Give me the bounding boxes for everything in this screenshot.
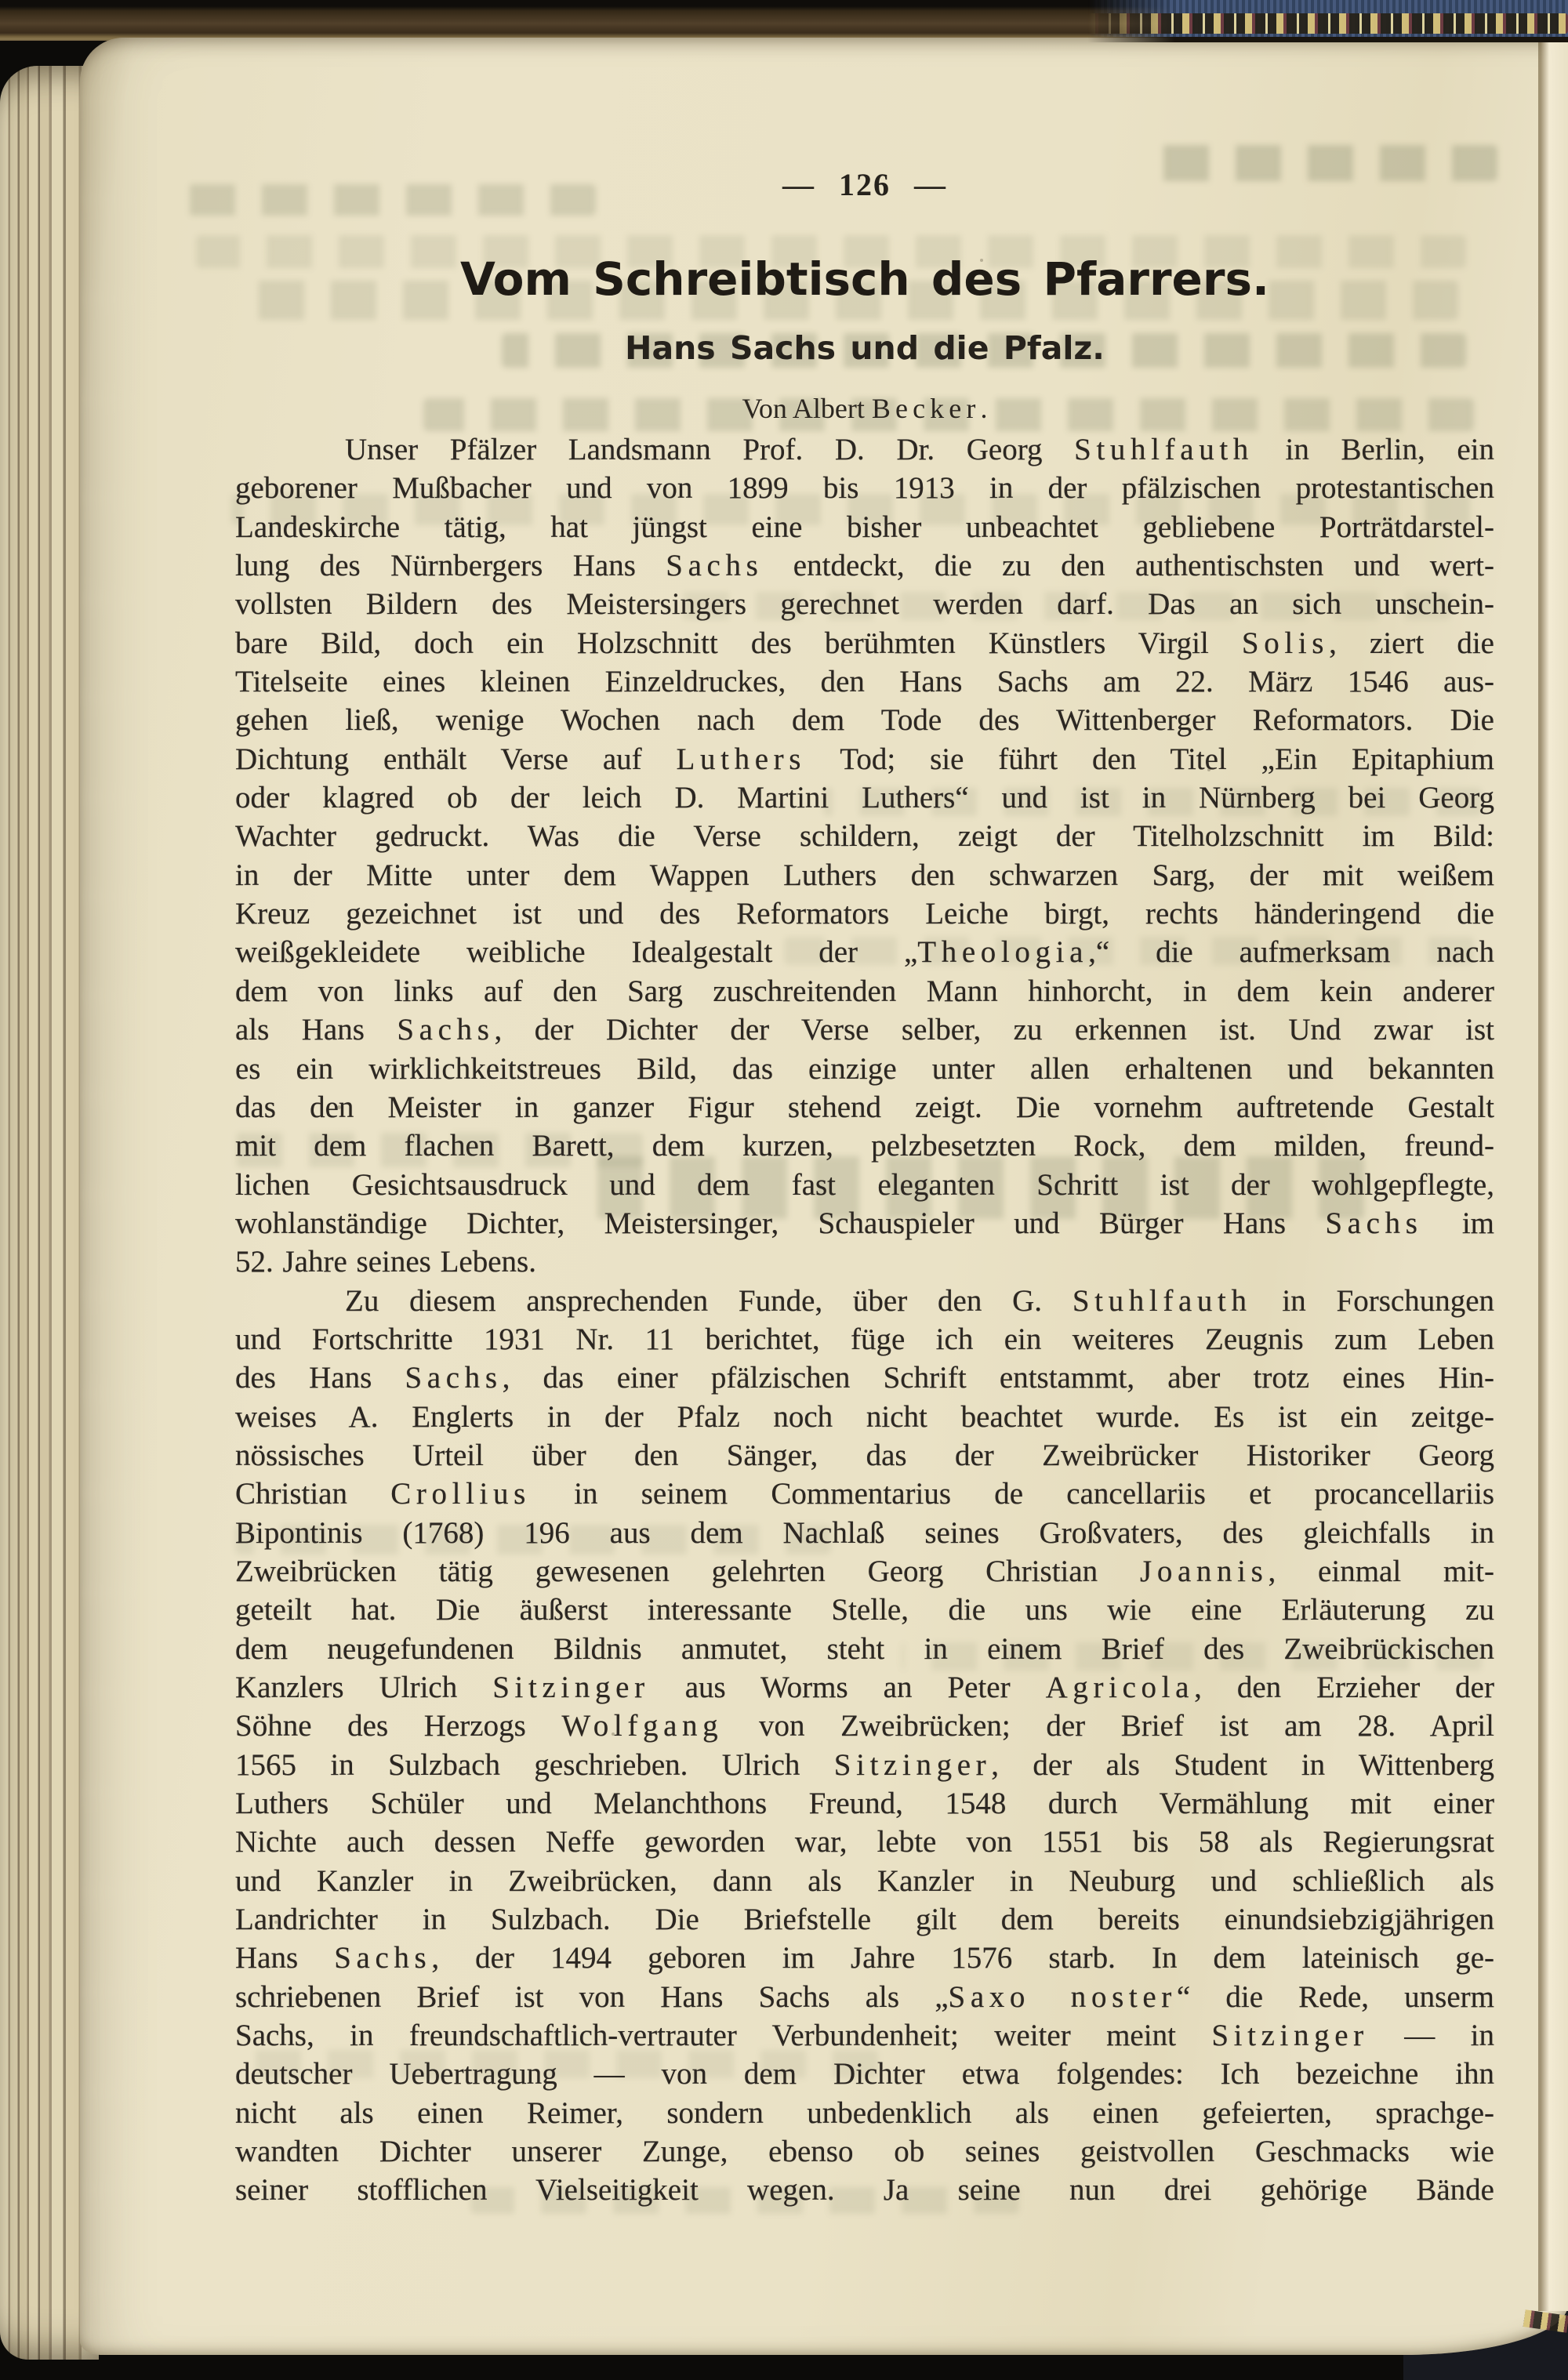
text-line: es ein wirklichkeitstreues Bild, das ein… [235,1050,1494,1088]
text-line: Unser Pfälzer Landsmann Prof. D. Dr. Geo… [235,430,1494,469]
text-line: Sachs, in freundschaftlich-vertrauter Ve… [235,2016,1494,2055]
text-line: Bipontinis (1768) 196 aus dem Nachlaß se… [235,1514,1494,1552]
page-number: — 126 — [235,166,1494,203]
paper-speck [274,1921,278,1924]
letterspaced-name: Saxo noster [949,1980,1177,2014]
text-line: Kreuz gezeichnet ist und des Reformators… [235,894,1494,933]
paper-speck [337,1105,341,1109]
letterspaced-name: Solis [1242,626,1329,660]
letterspaced-name: Becker [872,393,981,424]
text-line: geborener Mußbacher und von 1899 bis 191… [235,469,1494,507]
letterspaced-name: Luthers [677,742,807,776]
headband-stitch-pattern [1088,13,1568,34]
text-line: Zweibrücken tätig gewesenen gelehrten Ge… [235,1552,1494,1591]
text-line: Wachter gedruckt. Was die Verse schilder… [235,817,1494,855]
letterspaced-name: Sitzinger [834,1748,991,1782]
text-line: Landrichter in Sulzbach. Die Briefstelle… [235,1900,1494,1939]
letterspaced-name: Sitzinger [492,1671,649,1704]
letterspaced-name: Joannis [1140,1555,1268,1588]
text-line: gehen ließ, wenige Wochen nach dem Tode … [235,701,1494,739]
paper-speck [439,682,441,684]
text-line: deutscher Uebertragung — von dem Dichter… [235,2055,1494,2093]
book-headband-fabric [1088,0,1568,42]
text-line: in der Mitte unter dem Wappen Luthers de… [235,856,1494,894]
text-line: 1565 in Sulzbach geschrieben. Ulrich Sit… [235,1746,1494,1784]
text-line: weißgekleidete weibliche Idealgestalt de… [235,933,1494,971]
text-line: Luthers Schüler und Melanchthons Freund,… [235,1784,1494,1823]
letterspaced-name: Agricola [1046,1671,1194,1704]
text-line: dem von links auf den Sarg zuschreitende… [235,972,1494,1010]
text-line: vollsten Bildern des Meistersingers gere… [235,585,1494,623]
letterspaced-name: Crollius [390,1477,531,1511]
text-line: oder klagred ob der leich D. Martini Lut… [235,778,1494,817]
text-line: und Kanzler in Zweibrücken, dann als Kan… [235,1862,1494,1900]
letterspaced-name: Sitzinger [1211,2019,1368,2052]
letterspaced-name: Theologia [917,935,1088,969]
text-line: weises A. Englerts in der Pfalz noch nic… [235,1398,1494,1436]
text-line: bare Bild, doch ein Holzschnitt des berü… [235,624,1494,662]
article-title: Vom Schreibtisch des Pfarrers. [235,252,1494,306]
article-byline: Von Albert Becker. [235,392,1494,425]
article-subtitle: Hans Sachs und die Pfalz. [235,329,1494,367]
letterspaced-name: Sachs [405,1361,502,1395]
text-line: nicht als einen Reimer, sondern unbedenk… [235,2094,1494,2132]
text-line: lung des Nürnbergers Hans Sachs entdeckt… [235,546,1494,585]
paper-speck [1435,486,1438,489]
letterspaced-name: Stuhlfauth [1073,1284,1252,1318]
text-line: schriebenen Brief ist von Hans Sachs als… [235,1978,1494,2016]
text-line: dem neugefundenen Bildnis anmutet, steht… [235,1630,1494,1668]
paper-speck [1207,768,1210,771]
text-line: lichen Gesichtsausdruck und dem fast ele… [235,1166,1494,1204]
text-line: wohlanständige Dichter, Meistersinger, S… [235,1204,1494,1243]
paper-speck [1333,1450,1337,1454]
text-line: mit dem flachen Barett, dem kurzen, pelz… [235,1127,1494,1165]
letterspaced-name: Sachs [334,1941,431,1975]
scanned-book-page: — 126 — Vom Schreibtisch des Pfarrers. H… [0,0,1568,2380]
letterspaced-name: Sachs [397,1013,494,1047]
text-line: nössisches Urteil über den Sänger, das d… [235,1436,1494,1475]
text-line: Titelseite eines kleinen Einzeldruckes, … [235,662,1494,701]
body-lines: Unser Pfälzer Landsmann Prof. D. Dr. Geo… [235,430,1494,2210]
text-line: geteilt hat. Die äußerst interessante St… [235,1591,1494,1629]
paper-speck [980,259,983,262]
text-line: Landeskirche tätig, hat jüngst eine bish… [235,508,1494,546]
text-line: Dichtung enthält Verse auf Luthers Tod; … [235,740,1494,778]
text-line: Zu diesem ansprechenden Funde, über den … [235,1282,1494,1320]
text-line: Nichte auch dessen Neffe geworden war, l… [235,1823,1494,1861]
gutter-crease-and-next-page [1538,38,1568,2311]
text-line: und Fortschritte 1931 Nr. 11 berichtet, … [235,1320,1494,1359]
text-line: des Hans Sachs, das einer pfälzischen Sc… [235,1359,1494,1397]
text-line: wandten Dichter unserer Zunge, ebenso ob… [235,2132,1494,2171]
text-line: Hans Sachs, der 1494 geboren im Jahre 15… [235,1939,1494,1977]
text-line: Christian Crollius in seinem Commentariu… [235,1475,1494,1513]
text-line: das den Meister in ganzer Figur stehend … [235,1088,1494,1127]
text-line: Söhne des Herzogs Wolfgang von Zweibrück… [235,1707,1494,1745]
letterspaced-name: Sachs [1325,1206,1422,1240]
paper-speck [612,1732,615,1736]
letterspaced-name: Sachs [666,549,763,582]
text-line: 52. Jahre seines Lebens. [235,1243,1494,1281]
text-line: als Hans Sachs, der Dichter der Verse se… [235,1010,1494,1049]
text-line: Kanzlers Ulrich Sitzinger aus Worms an P… [235,1668,1494,1707]
letterspaced-name: Wolfgang [561,1709,723,1743]
letterspaced-name: Stuhlfauth [1074,433,1254,466]
text-line: seiner stofflichen Vielseitigkeit wegen.… [235,2171,1494,2209]
